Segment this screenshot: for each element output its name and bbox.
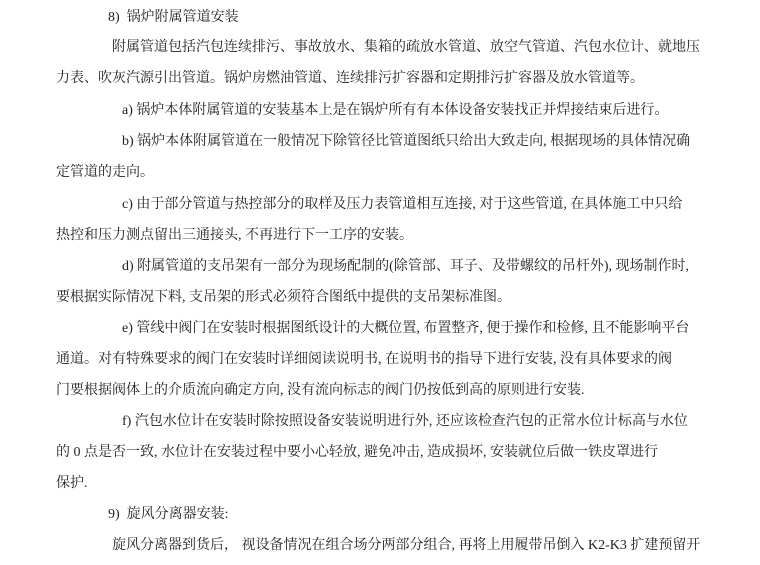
list-item-d-line: d) 附属管道的支吊架有一部分为现场配制的(除管部、耳子、及带螺纹的吊杆外), … [122,258,689,275]
list-item-f-line: f) 汽包水位计在安装时除按照设备安装说明进行外, 还应该检查汽包的正常水位计标… [122,413,688,430]
paragraph-line: 力表、吹灰汽源引出管道。锅炉房燃油管道、连续排污扩容器和定期排污扩容器及放水管道… [56,70,644,87]
paragraph-line: 附属管道包括汽包连续排污、事故放水、集箱的疏放水管道、放空气管道、汽包水位计、就… [112,39,700,56]
paragraph-line: 旋风分离器到货后， 视设备情况在组合场分两部分组合, 再将上用履带吊倒入 K2-… [112,537,700,554]
section-heading-9: 9) 旋风分离器安装: [108,506,229,523]
list-item-f-line: 的 0 点是否一致, 水位计在安装过程中要小心轻放, 避免冲击, 造成损坏, 安… [56,444,658,461]
document-page: 8) 锅炉附属管道安装 附属管道包括汽包连续排污、事故放水、集箱的疏放水管道、放… [0,0,760,565]
list-item-e-line: e) 管线中阀门在安装时根据图纸设计的大概位置, 布置整齐, 便于操作和检修, … [122,320,689,337]
list-item-d-line: 要根据实际情况下料, 支吊架的形式必须符合图纸中提供的支吊架标准图。 [56,289,511,306]
list-item-b-line: 定管道的走向。 [56,164,154,181]
list-item-c-line: c) 由于部分管道与热控部分的取样及压力表管道相互连接, 对于这些管道, 在具体… [122,196,682,213]
list-item-a-line: a) 锅炉本体附属管道的安装基本上是在锅炉所有有本体设备安装找正并焊接结束后进行… [122,102,668,119]
list-item-b-line: b) 锅炉本体附属管道在一般情况下除管径比管道图纸只给出大致走向, 根据现场的具… [122,133,690,150]
list-item-c-line: 热控和压力测点留出三通接头, 不再进行下一工序的安装。 [56,227,413,244]
section-heading-8: 8) 锅炉附属管道安装 [108,9,239,26]
list-item-e-line: 门要根据阀体上的介质流向确定方向, 没有流向标志的阀门仍按低到高的原则进行安装. [56,382,585,399]
list-item-e-line: 通道。对有特殊要求的阀门在安装时详细阅读说明书, 在说明书的指导下进行安装, 没… [56,351,672,368]
list-item-f-line: 保护. [56,475,88,492]
